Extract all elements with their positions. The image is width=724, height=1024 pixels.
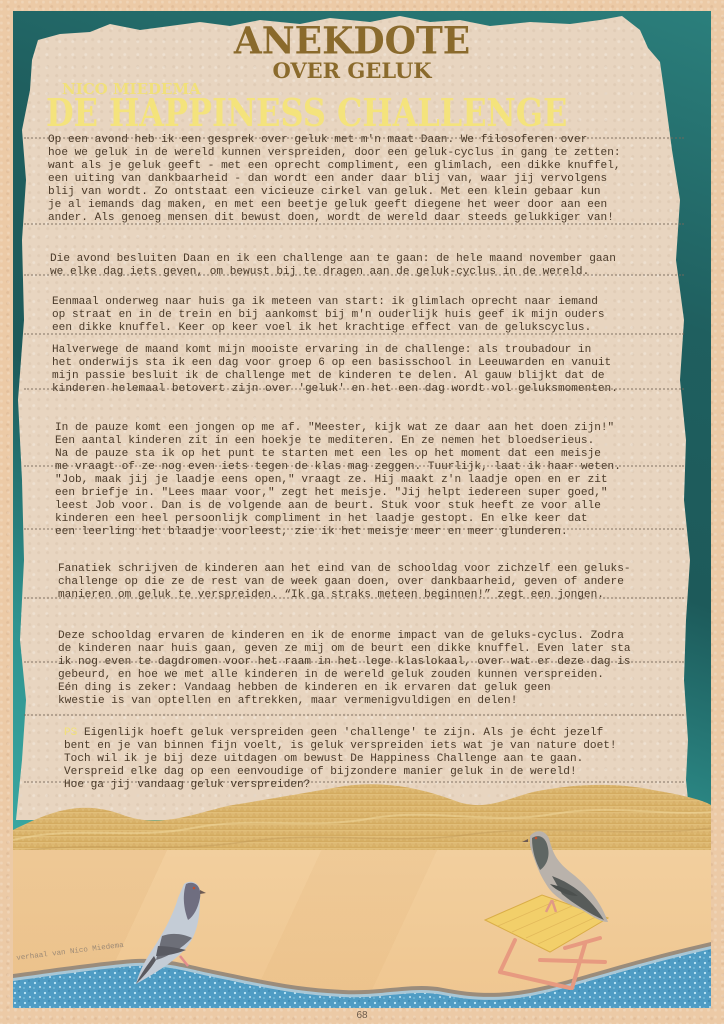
page-number: 68 bbox=[0, 1010, 724, 1021]
paragraph-way-home: Eenmaal onderweg naar huis ga ik meteen … bbox=[52, 296, 605, 335]
page-heading: ANEKDOTE bbox=[0, 19, 704, 63]
article-title: DE HAPPINESS CHALLENGE bbox=[46, 90, 567, 135]
paragraph-break: In de pauze komt een jongen op me af. "M… bbox=[55, 422, 621, 539]
paragraph-school: Halverwege de maand komt mijn mooiste er… bbox=[52, 344, 618, 396]
paragraph-intro: Op een avond heb ik een gesprek over gel… bbox=[48, 134, 621, 225]
paragraph-fanatic: Fanatiek schrijven de kinderen aan het e… bbox=[58, 563, 631, 602]
paragraph-conclusion: Deze schooldag ervaren de kinderen en ik… bbox=[58, 630, 631, 708]
pigeon-right-icon bbox=[508, 826, 618, 936]
pigeon-left-icon bbox=[122, 876, 212, 986]
dotted-rule bbox=[24, 714, 684, 716]
paragraph-challenge: Die avond besluiten Daan en ik een chall… bbox=[50, 253, 616, 279]
ps-label: PS bbox=[64, 727, 77, 739]
